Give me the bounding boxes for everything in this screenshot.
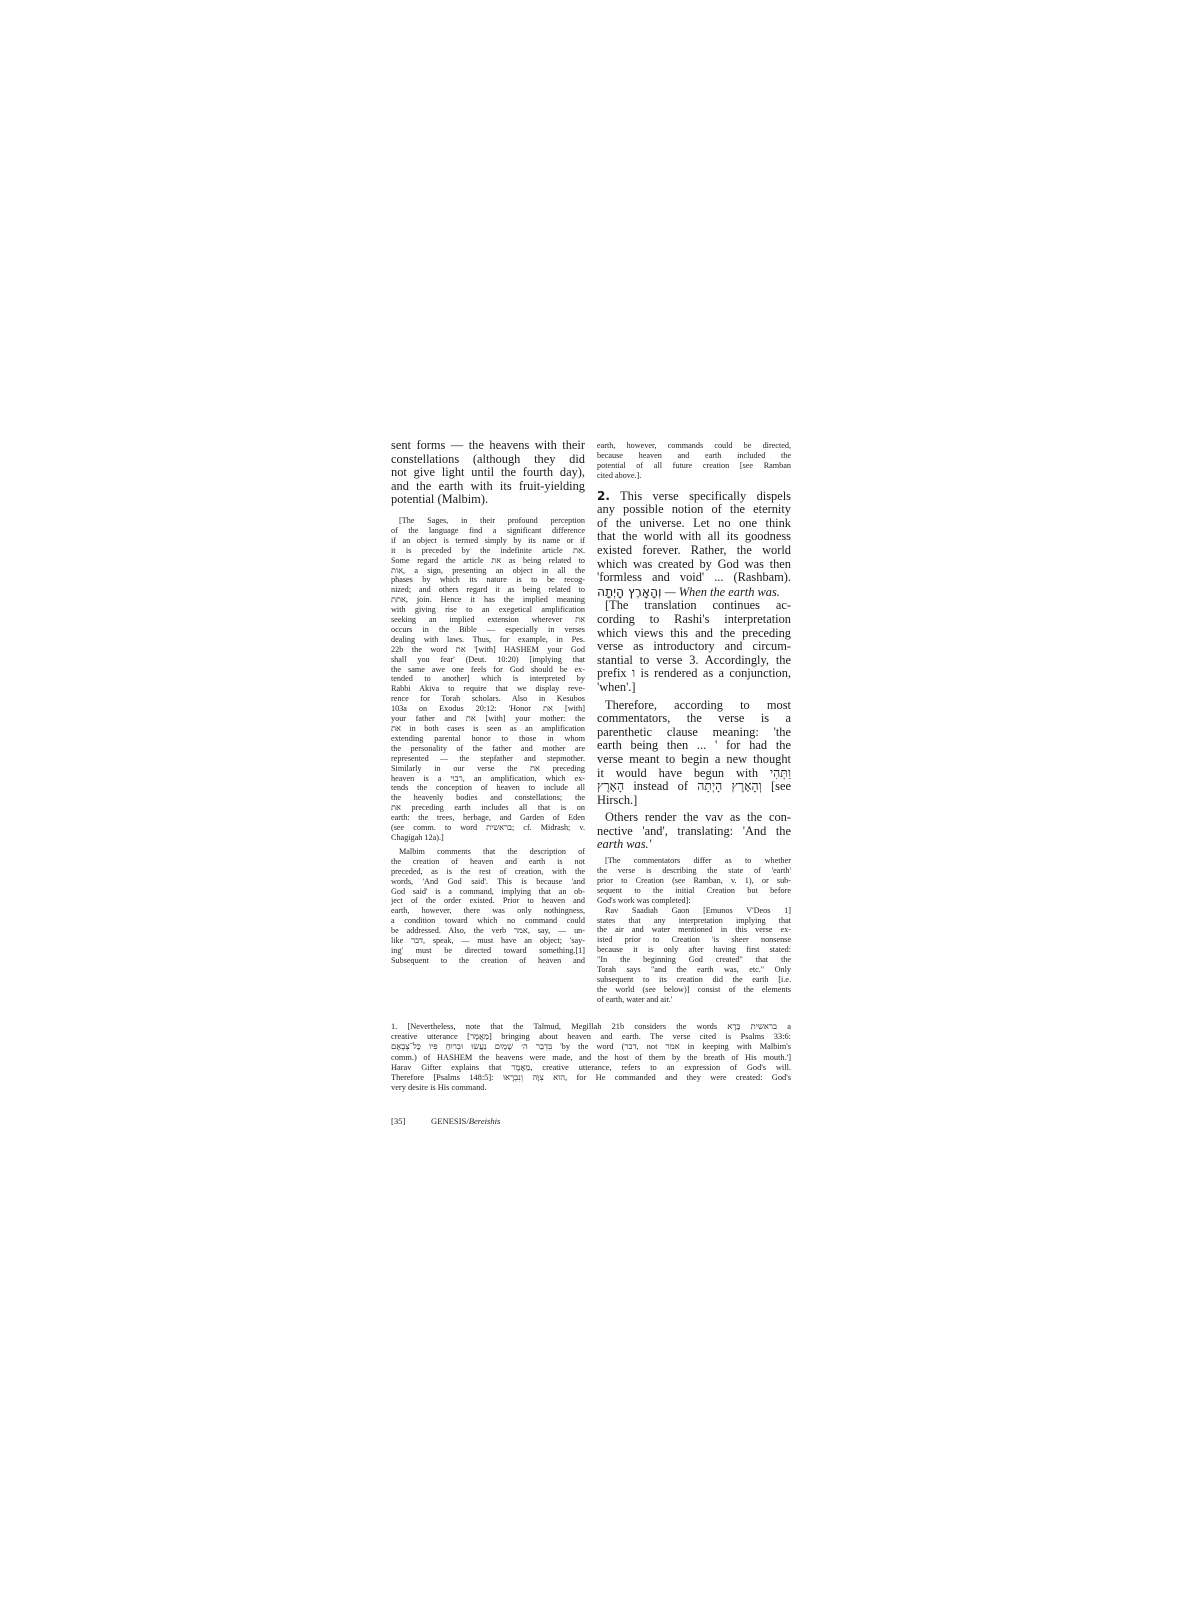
- sages-line: the same awe one feels for God should be…: [391, 665, 585, 675]
- saadiah-line: states that any interpretation implying …: [597, 916, 791, 926]
- continuation-line: potential of all future creation [see Ra…: [597, 461, 791, 471]
- continuation-paragraph: earth, however, commands could be direct…: [597, 441, 791, 481]
- malbim-line: God said' is a command, implying that an…: [391, 887, 585, 897]
- translation-line: cording to Rashi's interpretation: [597, 613, 791, 627]
- sages-line: your father and את [with] your mother: t…: [391, 714, 585, 724]
- saadiah-line: Torah says "and the earth was, etc." Onl…: [597, 965, 791, 975]
- sages-line: of the language find a significant diffe…: [391, 526, 585, 536]
- saadiah-line: the world (see below)] consist of the el…: [597, 985, 791, 995]
- sages-line: Rabbi Akiva to require that we display r…: [391, 684, 585, 694]
- footnote-line: Therefore [Psalms 148:5]: הוא צִוָּה וְנ…: [391, 1073, 791, 1083]
- verse-2-line: 'formless and void' ... (Rashbam).: [597, 571, 791, 585]
- saadiah-line: Rav Saadiah Gaon [Emunos V'Deos 1]: [597, 906, 791, 916]
- verse-number: 2.: [597, 490, 610, 503]
- therefore-paragraph: Therefore, according to mostcommentators…: [597, 699, 791, 808]
- sages-line: nized; and others regard it as being rel…: [391, 585, 585, 595]
- sages-line: 22b the word את '[with] HASHEM your God: [391, 645, 585, 655]
- translation-line: prefix ו is rendered as a conjunction,: [597, 667, 791, 681]
- therefore-line: verse meant to begin a new thought: [597, 753, 791, 767]
- book-title: GENESIS: [431, 1116, 466, 1126]
- continuation-line: earth, however, commands could be direct…: [597, 441, 791, 451]
- verse-2-line: that the world with all its goodness: [597, 530, 791, 544]
- malbim-line: like דבר, speak, — must have an object; …: [391, 936, 585, 946]
- sages-line: extending parental honor to those in who…: [391, 734, 585, 744]
- others-paragraph: Others render the vav as the con-nective…: [597, 811, 791, 852]
- malbim-line: ject of the order existed. Prior to heav…: [391, 896, 585, 906]
- sages-line: represented — the stepfather and stepmot…: [391, 754, 585, 764]
- therefore-line: it would have begun with וַתְּהִי: [597, 767, 791, 781]
- therefore-line: Hirsch.]: [597, 794, 791, 808]
- malbim-line: preceded, as is the rest of creation, wi…: [391, 867, 585, 877]
- verse-heading: וְהָאָרֶץ הָיְתָה — When the earth was.: [597, 585, 791, 600]
- translation-line: which views this and the preceding: [597, 627, 791, 641]
- translation-line: stantial to verse 3. Accordingly, the: [597, 654, 791, 668]
- therefore-line: earth being then ... ' for had the: [597, 739, 791, 753]
- translation-line: [The translation continues ac-: [597, 599, 791, 613]
- verse-2-first-line: 2. This verse specifically dispels: [597, 490, 791, 504]
- therefore-line: commentators, the verse is a: [597, 712, 791, 726]
- translation-paragraph: [The translation continues ac-cording to…: [597, 599, 791, 694]
- verse-2-line: existed forever. Rather, the world: [597, 544, 791, 558]
- sages-line: tends the conception of heaven to includ…: [391, 783, 585, 793]
- malbim-line: Subsequent to the creation of heaven and: [391, 956, 585, 966]
- footnotes: 1. [Nevertheless, note that the Talmud, …: [391, 1022, 791, 1093]
- therefore-line: Therefore, according to most: [597, 699, 791, 713]
- page-footer: [35]GENESIS/Bereishis: [391, 1116, 500, 1126]
- verse-2-line: any possible notion of the eternity: [597, 503, 791, 517]
- malbim-line: a condition toward which no command coul…: [391, 916, 585, 926]
- malbim-line: be addressed. Also, the verb אמר, say, —…: [391, 926, 585, 936]
- malbim-line: the creation of heaven and earth is not: [391, 857, 585, 867]
- saadiah-line: because it is only after having first st…: [597, 945, 791, 955]
- sages-line: Chagigah 12a).]: [391, 833, 585, 843]
- commentators-paragraph: [The commentators differ as to whetherth…: [597, 856, 791, 906]
- intro-line: not give light until the fourth day),: [391, 466, 585, 480]
- sages-line: phases by which its nature is to be reco…: [391, 575, 585, 585]
- commentators-line: [The commentators differ as to whether: [597, 856, 791, 866]
- book-hebrew-name: Bereishis: [469, 1116, 501, 1126]
- heading-hebrew: וְהָאָרֶץ הָיְתָה: [597, 585, 661, 599]
- malbim-line: Malbim comments that the description of: [391, 847, 585, 857]
- commentators-line: God's work was completed]:: [597, 896, 791, 906]
- continuation-line: because heaven and earth included the: [597, 451, 791, 461]
- intro-line: and the earth with its fruit-yielding: [391, 480, 585, 494]
- sages-line: it is preceded by the indefinite article…: [391, 546, 585, 556]
- verse-2-line: of the universe. Let no one think: [597, 517, 791, 531]
- right-column: earth, however, commands could be direct…: [597, 441, 791, 1005]
- malbim-line: words, 'And God said'. This is because '…: [391, 877, 585, 887]
- sages-line: [The Sages, in their profound perception: [391, 516, 585, 526]
- sages-line: את preceding earth includes all that is …: [391, 803, 585, 813]
- saadiah-paragraph: Rav Saadiah Gaon [Emunos V'Deos 1]states…: [597, 906, 791, 1005]
- sages-line: Some regard the article את as being rela…: [391, 556, 585, 566]
- intro-line: potential (Malbim).: [391, 493, 585, 507]
- sages-line: with giving rise to an exegetical amplif…: [391, 605, 585, 615]
- saadiah-line: subsequent to its creation did the earth…: [597, 975, 791, 985]
- others-line: earth was.': [597, 838, 791, 852]
- sages-line: Similarly in our verse the את preceding: [391, 764, 585, 774]
- others-line: Others render the vav as the con-: [597, 811, 791, 825]
- left-column: sent forms — the heavens with theirconst…: [391, 439, 585, 966]
- sages-line: אתת, join. Hence it has the implied mean…: [391, 595, 585, 605]
- book-page: sent forms — the heavens with theirconst…: [0, 0, 1200, 1600]
- sages-paragraph: [The Sages, in their profound perception…: [391, 516, 585, 843]
- verse-2-commentary: 2. This verse specifically dispels any p…: [597, 490, 791, 600]
- sages-line: earth: the trees, herbage, and Garden of…: [391, 813, 585, 823]
- commentators-line: prior to Creation (see Ramban, v. 1), or…: [597, 876, 791, 886]
- saadiah-line: isted prior to Creation 'is sheer nonsen…: [597, 935, 791, 945]
- sages-line: if an object is termed simply by its nam…: [391, 536, 585, 546]
- others-line: nective 'and', translating: 'And the: [597, 825, 791, 839]
- saadiah-line: the air and water mentioned in this vers…: [597, 925, 791, 935]
- therefore-line: הָאָרֶץ instead of וְהָאָרֶץ הָיְתָה [se…: [597, 780, 791, 794]
- intro-line: sent forms — the heavens with their: [391, 439, 585, 453]
- footnote-line: Harav Gifter explains that מַאֲמָר, crea…: [391, 1063, 791, 1073]
- footnote-line: creative utterance [מַאֲמָר] bringing ab…: [391, 1032, 791, 1042]
- heading-translation: — When the earth was.: [665, 585, 780, 599]
- sages-line: shall you fear' (Deut. 10:20) [implying …: [391, 655, 585, 665]
- footnote-line: comm.) of HASHEM the heavens were made, …: [391, 1053, 791, 1063]
- sages-line: אות, a sign, presenting an object in all…: [391, 566, 585, 576]
- sages-line: tended to another] which is interpreted …: [391, 674, 585, 684]
- sages-line: the personality of the father and mother…: [391, 744, 585, 754]
- malbim-paragraph: Malbim comments that the description oft…: [391, 847, 585, 966]
- sages-line: seeking an implied extension wherever את: [391, 615, 585, 625]
- sages-line: (see comm. to word בראשית; cf. Midrash; …: [391, 823, 585, 833]
- translation-line: 'when'.]: [597, 681, 791, 695]
- sages-line: the heavenly bodies and constellations; …: [391, 793, 585, 803]
- malbim-line: ing' must be directed toward something.[…: [391, 946, 585, 956]
- sages-line: occurs in the Bible — especially in vers…: [391, 625, 585, 635]
- commentators-line: the verse is describing the state of 'ea…: [597, 866, 791, 876]
- intro-paragraph: sent forms — the heavens with theirconst…: [391, 439, 585, 507]
- footnote-line: בִּדְבַר ה׳ שָׁמַיִם נַעֲשׂוּ וּבְרוּחַ …: [391, 1042, 791, 1052]
- sages-line: את in both cases is seen as an amplifica…: [391, 724, 585, 734]
- sages-line: heaven is a רבוי, an amplification, whic…: [391, 774, 585, 784]
- sages-line: rence for Torah scholars. Also in Kesubo…: [391, 694, 585, 704]
- intro-line: constellations (although they did: [391, 453, 585, 467]
- translation-line: verse as introductory and circum-: [597, 640, 791, 654]
- verse-2-line: which was created by God was then: [597, 558, 791, 572]
- saadiah-line: of earth, water and air.': [597, 995, 791, 1005]
- saadiah-line: "In the beginning God created" that the: [597, 955, 791, 965]
- sages-line: 103a on Exodus 20:12: 'Honor את [with]: [391, 704, 585, 714]
- continuation-line: cited above.].: [597, 471, 791, 481]
- malbim-line: earth, however, there was only nothingne…: [391, 906, 585, 916]
- therefore-line: parenthetic clause meaning: 'the: [597, 726, 791, 740]
- footnote-line: 1. [Nevertheless, note that the Talmud, …: [391, 1022, 791, 1032]
- footnote-line: very desire is His command.: [391, 1083, 791, 1093]
- commentators-line: sequent to the initial Creation but befo…: [597, 886, 791, 896]
- page-number: [35]: [391, 1116, 431, 1126]
- sages-line: dealing with laws. Thus, for example, in…: [391, 635, 585, 645]
